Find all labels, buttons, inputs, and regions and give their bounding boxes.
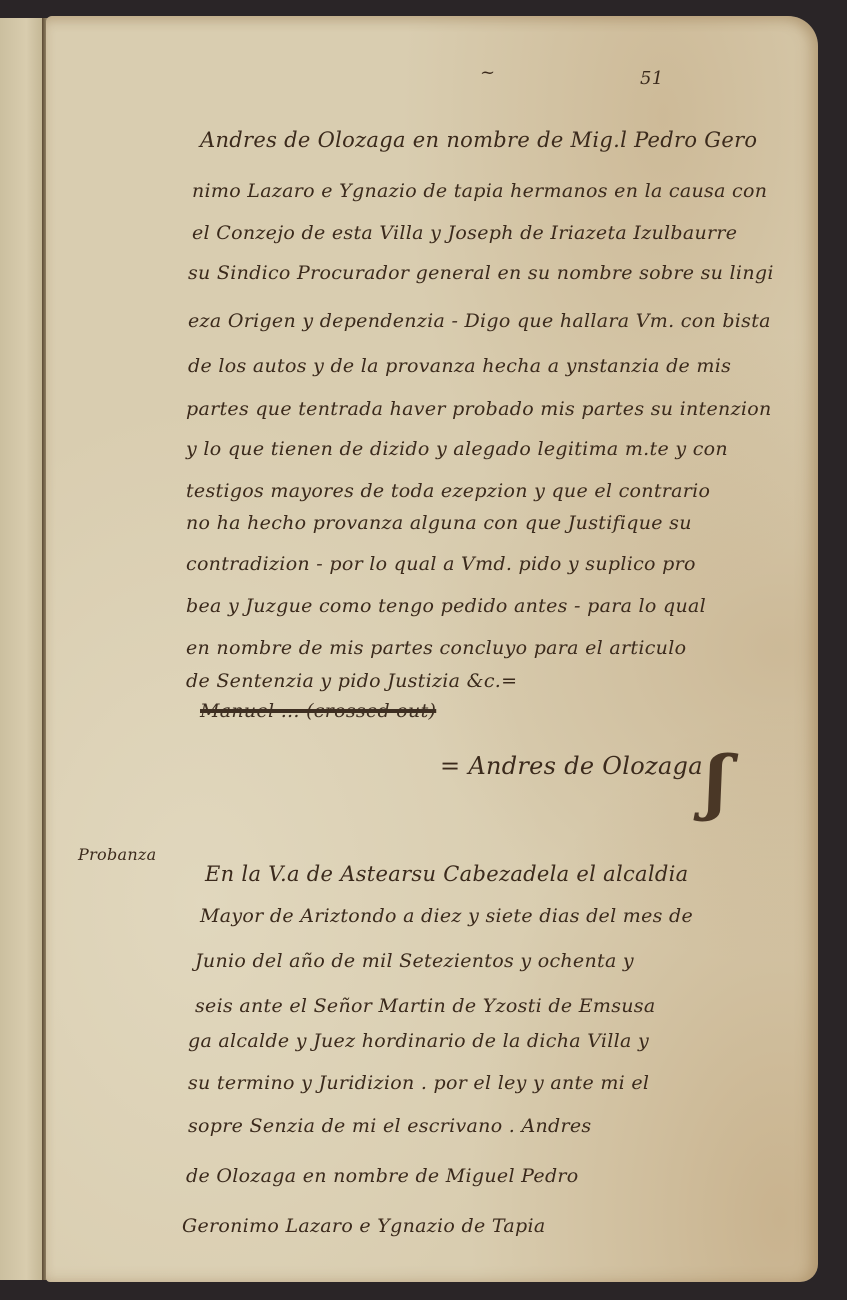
text-line: su Sindico Procurador general en su nomb… bbox=[188, 262, 774, 284]
signature: = Andres de Olozaga bbox=[440, 752, 703, 780]
text-line: Andres de Olozaga en nombre de Mig.l Ped… bbox=[200, 128, 757, 152]
text-line: su termino y Juridizion . por el ley y a… bbox=[188, 1072, 649, 1094]
previous-page-edge bbox=[0, 18, 46, 1280]
text-line: bea y Juzgue como tengo pedido antes - p… bbox=[186, 595, 706, 617]
text-line: partes que tentrada haver probado mis pa… bbox=[186, 398, 772, 420]
text-line: Mayor de Ariztondo a diez y siete dias d… bbox=[200, 905, 693, 927]
text-line: eza Origen y dependenzia - Digo que hall… bbox=[188, 310, 771, 332]
folio-number: 51 bbox=[640, 68, 664, 89]
text-line: y lo que tienen de dizido y alegado legi… bbox=[186, 438, 728, 460]
text-line: ga alcalde y Juez hordinario de la dicha… bbox=[188, 1030, 649, 1052]
text-line: seis ante el Señor Martin de Yzosti de E… bbox=[195, 995, 655, 1017]
text-line: de Sentenzia y pido Justizia &c.= bbox=[186, 670, 517, 692]
signature-rubric-flourish: ʃ bbox=[705, 740, 728, 823]
struck-through-line: Manuel ... (crossed out) bbox=[200, 700, 436, 722]
top-flourish-mark: ~ bbox=[480, 62, 495, 83]
text-line: Junio del año de mil Setezientos y ochen… bbox=[195, 950, 634, 972]
text-line: Geronimo Lazaro e Ygnazio de Tapia bbox=[182, 1215, 545, 1237]
margin-note: Probanza bbox=[78, 845, 157, 864]
text-line: de los autos y de la provanza hecha a yn… bbox=[188, 355, 731, 377]
text-line: de Olozaga en nombre de Miguel Pedro bbox=[186, 1165, 579, 1187]
text-line: el Conzejo de esta Villa y Joseph de Iri… bbox=[192, 222, 737, 244]
text-line: contradizion - por lo qual a Vmd. pido y… bbox=[186, 553, 696, 575]
text-line: sopre Senzia de mi el escrivano . Andres bbox=[188, 1115, 591, 1137]
text-line: testigos mayores de toda ezepzion y que … bbox=[186, 480, 710, 502]
text-line: nimo Lazaro e Ygnazio de tapia hermanos … bbox=[192, 180, 767, 202]
text-line: no ha hecho provanza alguna con que Just… bbox=[186, 512, 692, 534]
text-line: en nombre de mis partes concluyo para el… bbox=[186, 637, 686, 659]
text-line: En la V.a de Astearsu Cabezadela el alca… bbox=[205, 862, 688, 886]
